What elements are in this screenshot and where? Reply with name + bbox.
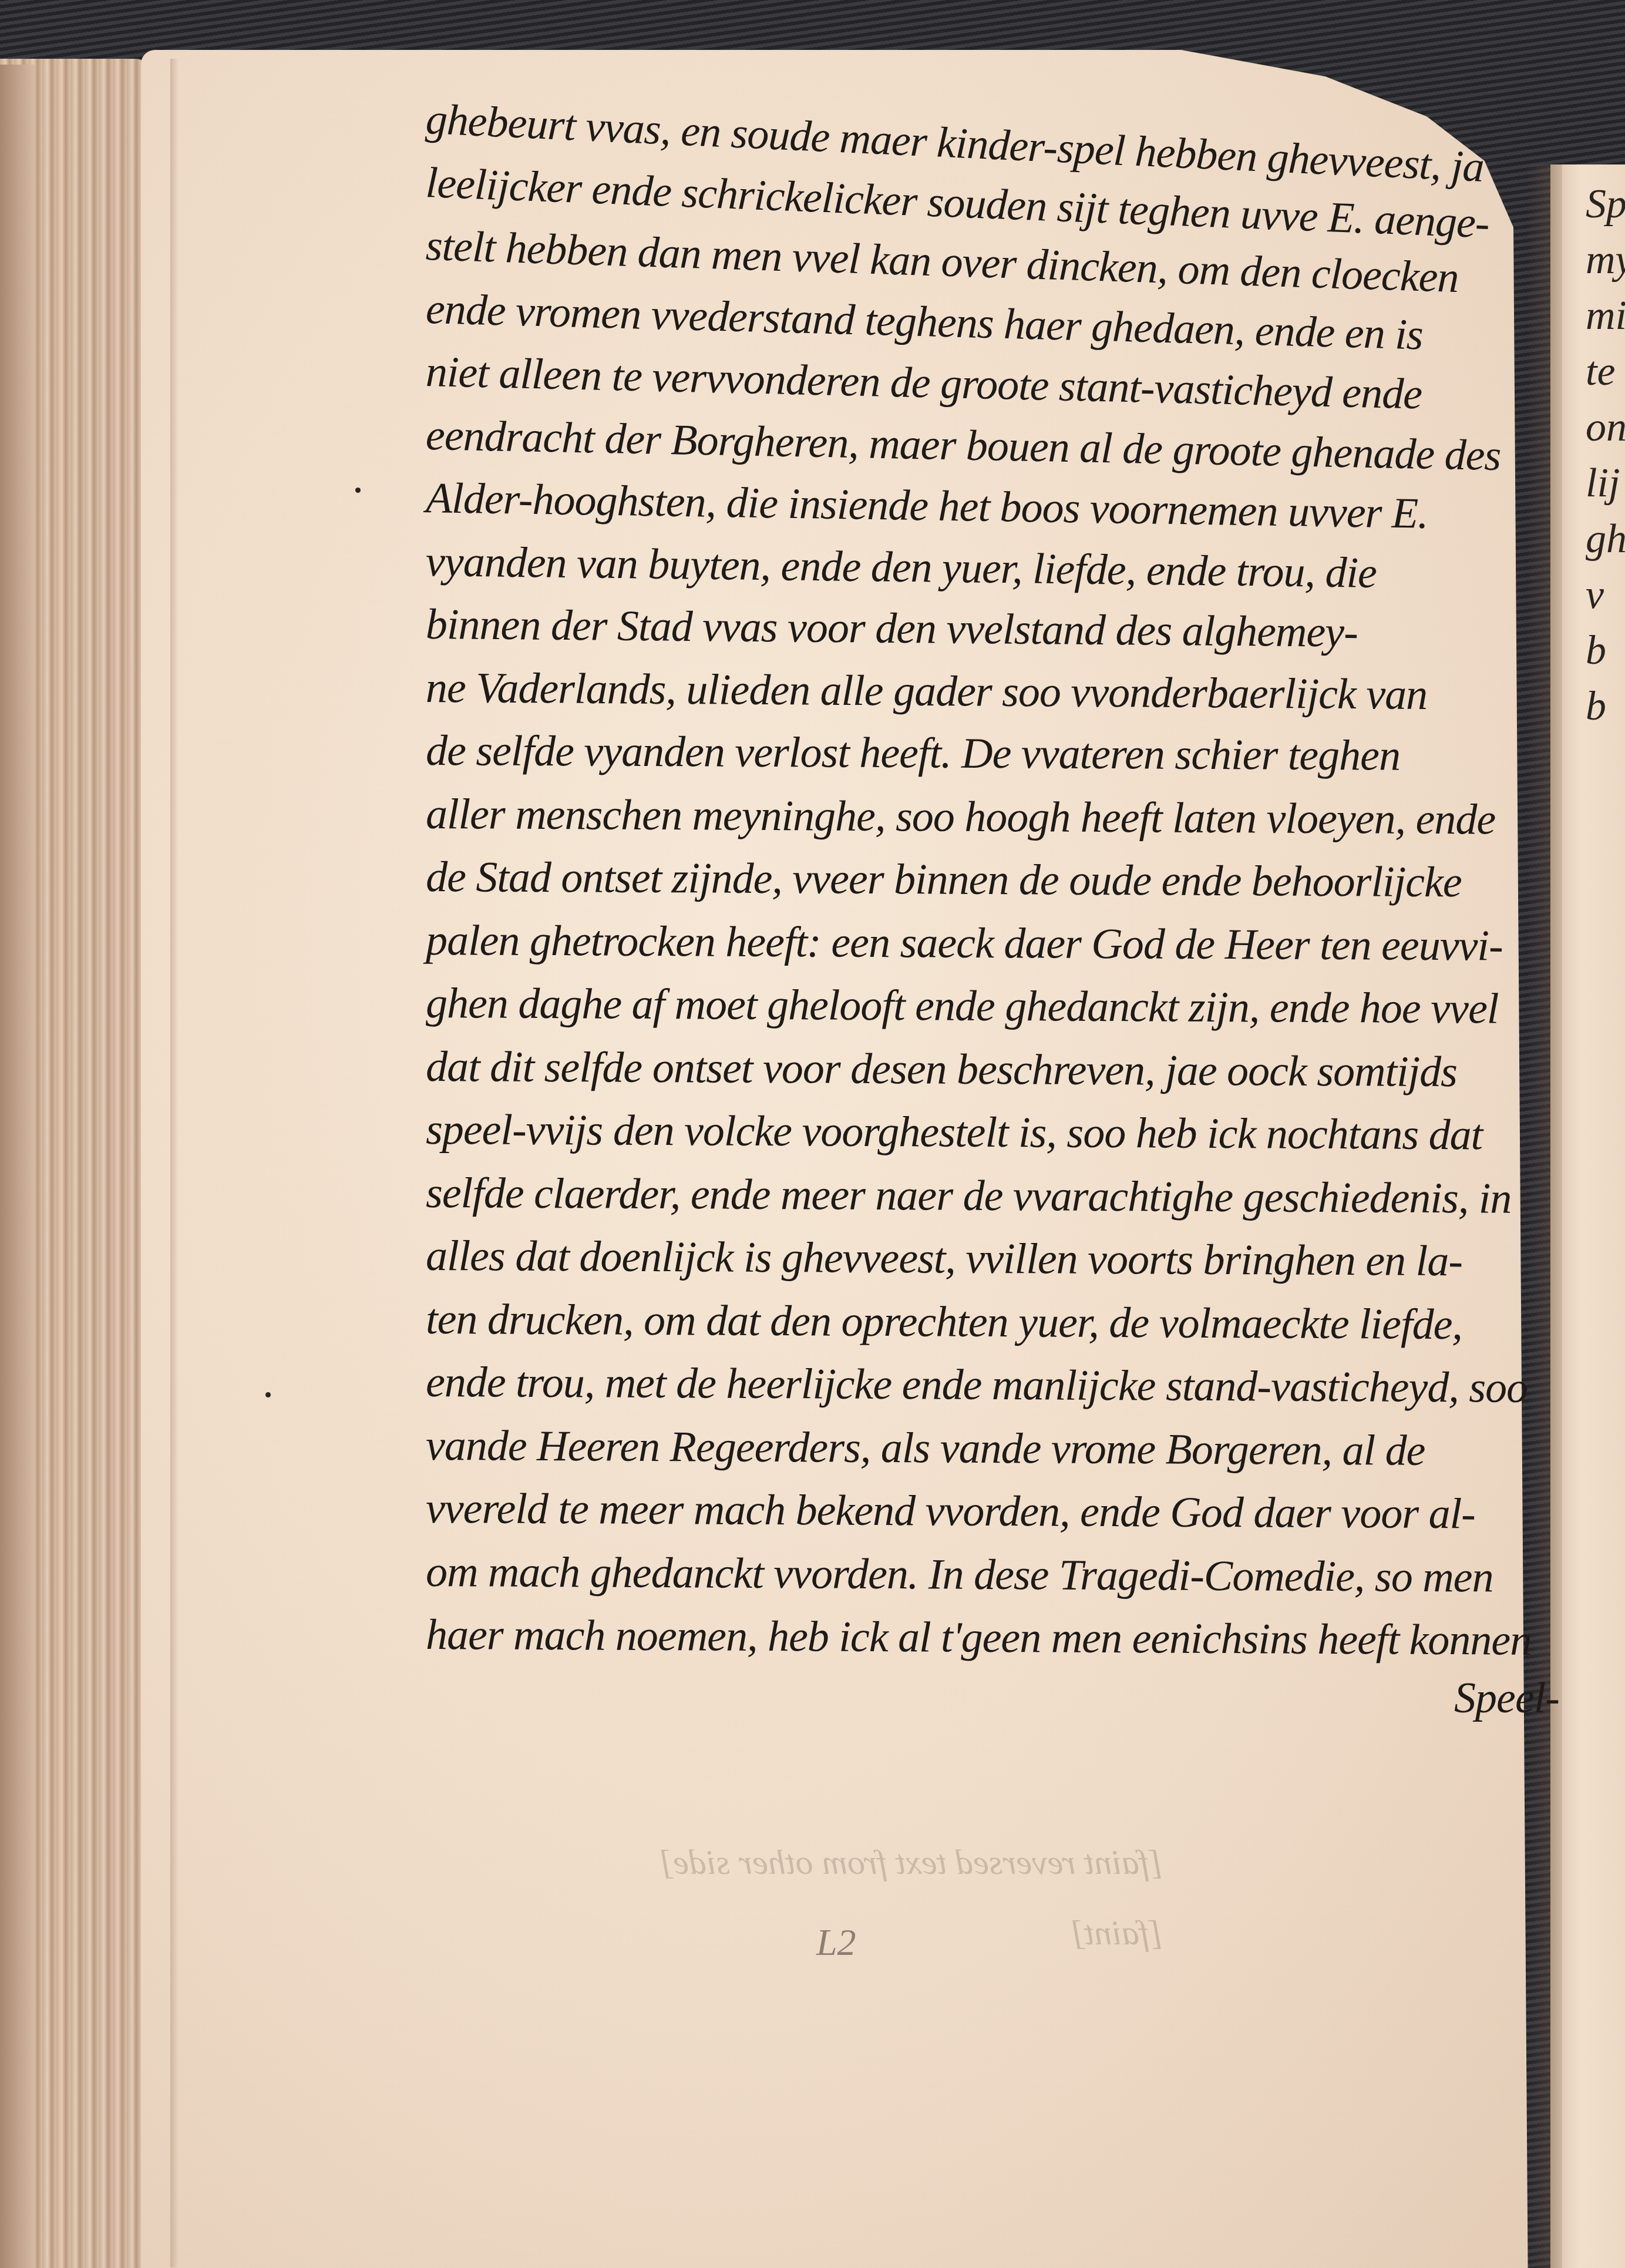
page-fold-shadow [170,59,179,2267]
text-line: vvereld te meer mach bekend vvorden, end… [426,1477,1589,1547]
show-through-line: [faint] [399,1897,1163,1968]
recto-fragment: b [1586,678,1625,734]
recto-fragment: Sp [1586,176,1625,232]
signature-mark: L2 [816,1921,856,1964]
ink-speck [265,1392,271,1397]
text-line: selfde claerder, ende meer naer de vvara… [426,1162,1589,1231]
text-line: ende trou, met de heerlijcke ende manlij… [426,1351,1589,1420]
ink-speck [355,488,361,493]
show-through-text: [faint reversed text from other side] [f… [399,1827,1163,1968]
show-through-line: [faint reversed text from other side] [399,1827,1163,1897]
recto-text-fragments: Sp my mi te on lij gh v b b [1586,176,1625,734]
text-line: aller menschen meyninghe, soo hoogh heef… [426,783,1589,852]
text-line: de Stad ontset zijnde, vveer binnen de o… [426,846,1589,915]
recto-fragment: lij [1586,455,1625,511]
text-line: binnen der Stad vvas voor den vvelstand … [426,593,1589,667]
text-line: haer mach noemen, heb ick al t'geen men … [426,1604,1589,1673]
recto-fragment: on [1586,399,1625,455]
text-line: ghen daghe af moet ghelooft ende ghedanc… [426,972,1589,1041]
text-line: palen ghetrocken heeft: een saeck daer G… [426,909,1589,979]
text-line: ne Vaderlands, ulieden alle gader soo vv… [426,657,1589,728]
recto-fragment: te [1586,344,1625,399]
recto-fragment: my [1586,232,1625,288]
text-line: om mach ghedanckt vvorden. In dese Trage… [426,1541,1589,1610]
catchword: Speel- [426,1667,1589,1731]
text-line: speel-vvijs den volcke voorghestelt is, … [426,1098,1589,1168]
text-line: dat dit selfde ontset voor desen beschre… [426,1036,1589,1105]
recto-fragment: gh [1586,511,1625,567]
main-text-block: ghebeurt vvas, en soude maer kinder-spel… [426,88,1589,1730]
text-line: ten drucken, om dat den oprechten yuer, … [426,1288,1589,1358]
recto-fragment: v [1586,567,1625,623]
text-line: vande Heeren Regeerders, als vande vrome… [426,1414,1589,1484]
binding-edge [0,65,35,2268]
text-line: alles dat doenlijck is ghevveest, vville… [426,1225,1589,1294]
recto-fragment: mi [1586,288,1625,344]
recto-fragment: b [1586,623,1625,678]
text-line: de selfde vyanden verlost heeft. De vvat… [426,720,1589,789]
